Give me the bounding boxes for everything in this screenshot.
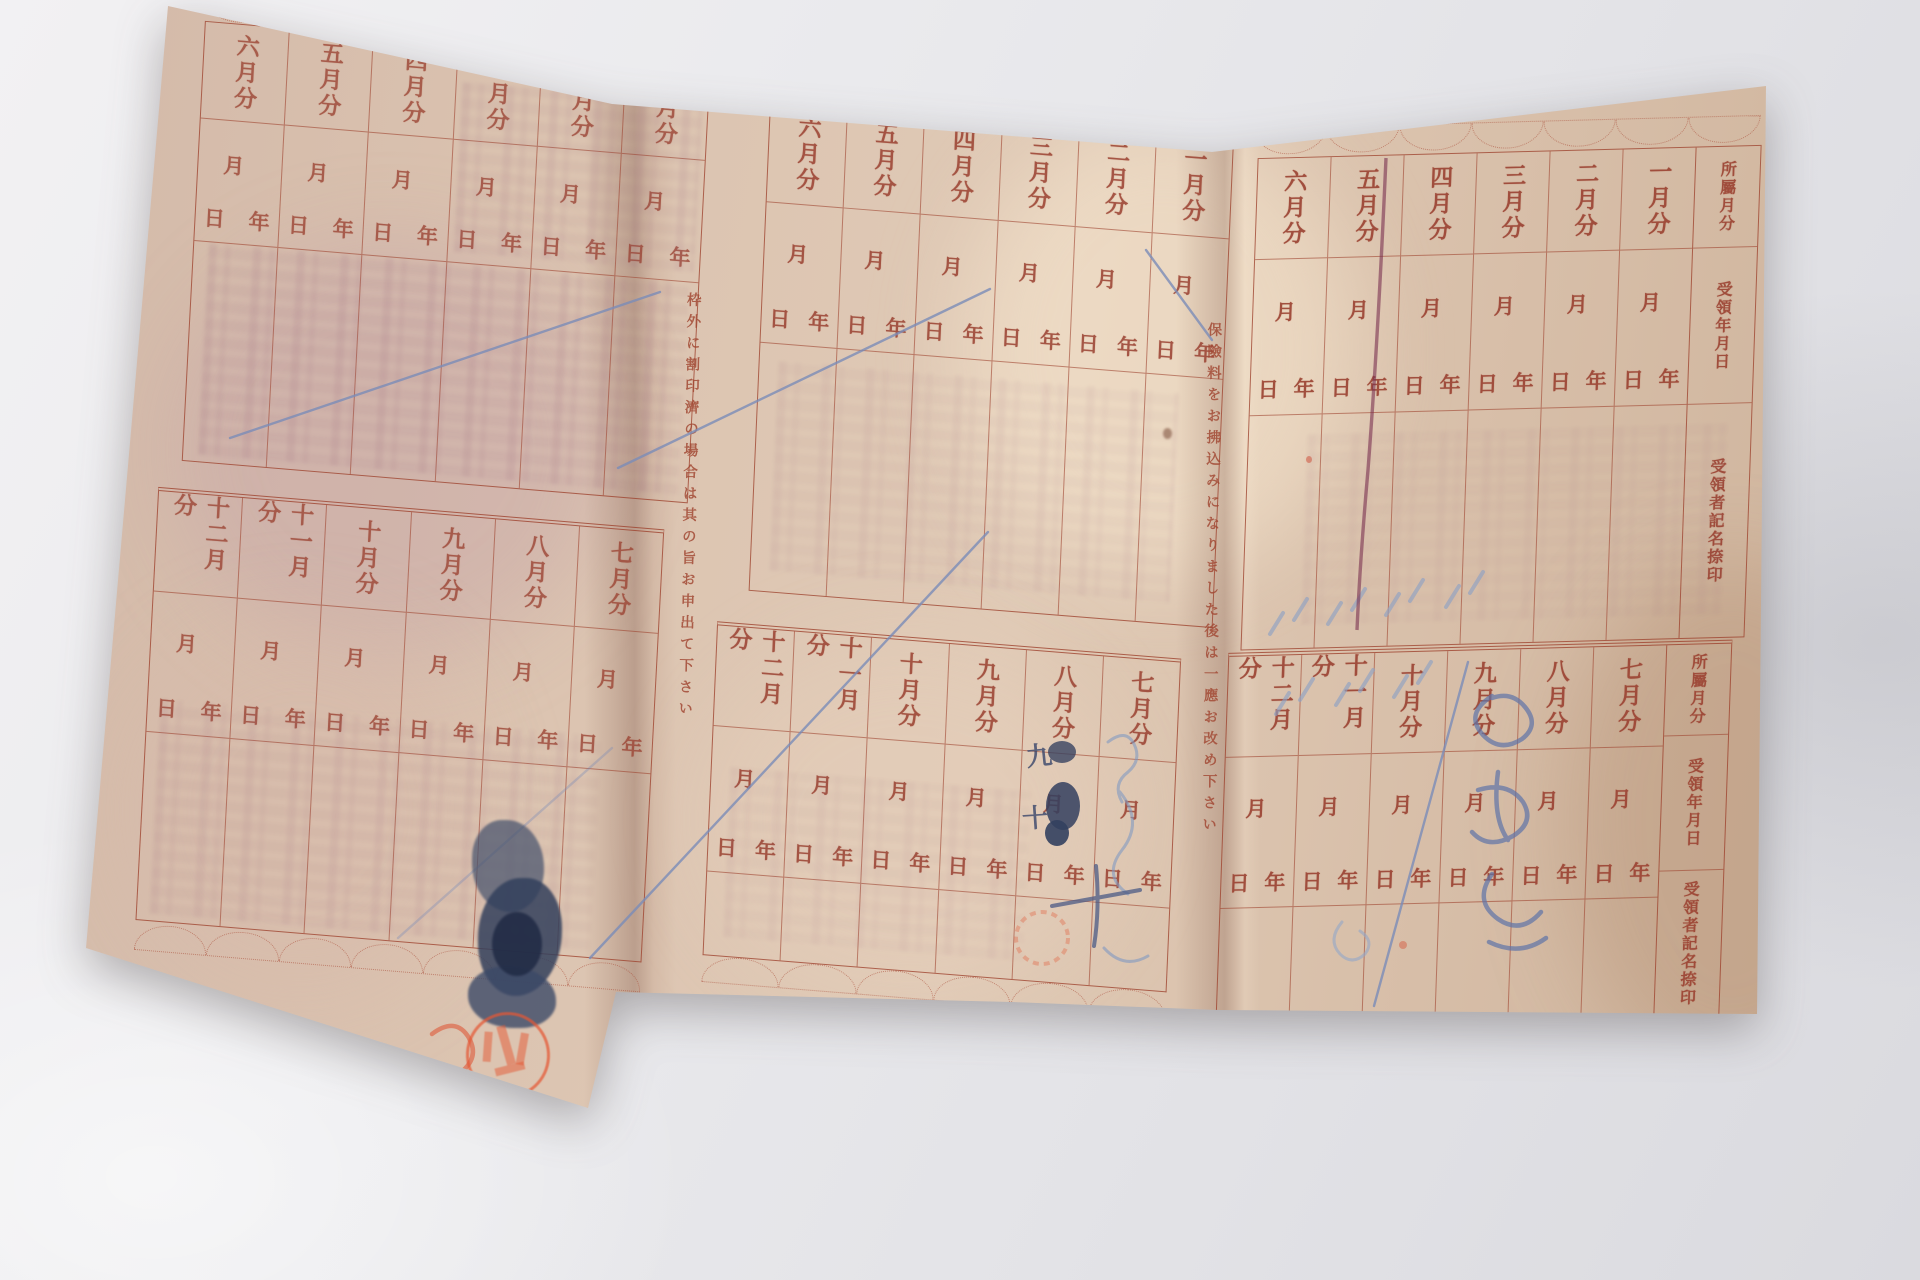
signature-cell (1508, 900, 1584, 1022)
year-glyph: 年 (1116, 331, 1138, 363)
month-label: 十一月分 (796, 632, 866, 737)
day-glyph: 日 (1622, 364, 1644, 395)
day-glyph: 日 (371, 216, 394, 248)
panel-middle: 六月分月日年 五月分月日年 四月分月日年 三月分月日年 二月分月日年 一月分月日… (669, 76, 1256, 1076)
year-glyph: 年 (332, 213, 355, 245)
label-recipient: 受領者記名捺印 (1675, 880, 1702, 1007)
print-through-ghost (1301, 424, 1728, 625)
label-month-col: 所屬月分 (1685, 653, 1711, 726)
year-glyph: 年 (1483, 860, 1505, 891)
scallop-border-top (768, 66, 1237, 131)
date-cell: 月日年 (992, 221, 1074, 368)
day-glyph: 日 (1520, 859, 1542, 890)
date-cell: 月日年 (1366, 752, 1443, 905)
year-glyph: 年 (1556, 858, 1578, 889)
day-glyph: 日 (203, 202, 226, 234)
month-label: 六月分 (226, 33, 263, 113)
print-through-ghost (770, 361, 1179, 602)
day-glyph: 日 (287, 209, 310, 241)
day-glyph: 日 (1154, 334, 1176, 366)
month-glyph: 月 (1318, 791, 1340, 822)
year-glyph: 年 (1585, 365, 1607, 396)
day-glyph: 日 (846, 309, 868, 341)
day-glyph: 日 (1476, 368, 1498, 399)
date-cell: 月日年 (1220, 756, 1297, 909)
month-label: 十一月分 (247, 499, 318, 604)
day-glyph: 日 (1228, 867, 1250, 898)
header-label-column: 所屬月分 受領年月日 受領者記名捺印 (1653, 644, 1731, 1018)
month-glyph: 月 (175, 627, 198, 659)
print-through-ghost (454, 83, 703, 272)
date-cell: 月日年 (838, 208, 920, 355)
year-glyph: 年 (1439, 369, 1461, 400)
day-glyph: 日 (1447, 861, 1469, 892)
date-cell: 月日年 (915, 215, 997, 362)
panel-right: 六月分月日年 五月分月日年 四月分月日年 三月分月日年 二月分月日年 一月分月日… (1196, 122, 1785, 1077)
year-glyph: 年 (1366, 371, 1388, 402)
month-label: 五月分 (1348, 167, 1384, 246)
month-label: 四月分 (395, 47, 432, 127)
day-glyph: 日 (1301, 865, 1323, 896)
year-glyph: 年 (1063, 859, 1085, 891)
navy-ink-blot (466, 820, 570, 1030)
date-cell: 月日年 (1396, 254, 1473, 412)
date-cell: 月日年 (1615, 249, 1692, 407)
month-label: 八月分 (1044, 663, 1080, 743)
day-glyph: 日 (769, 303, 791, 335)
month-glyph: 月 (941, 250, 963, 282)
months-table-jul-dec: 十二月分月日年 十一月分月日年 十月分月日年 九月分月日年 八月分月日年 七月分… (1215, 640, 1732, 1031)
month-label: 四月分 (943, 127, 979, 207)
month-column: 七月分月日年 (1088, 656, 1180, 991)
month-glyph: 月 (1566, 289, 1588, 320)
month-glyph: 月 (1274, 296, 1296, 327)
day-glyph: 日 (1330, 372, 1352, 403)
date-cell: 月日年 (760, 202, 842, 349)
month-glyph: 月 (1119, 794, 1141, 826)
month-column: 九月分月日年 (1434, 649, 1520, 1023)
month-column: 十月分月日年 (1361, 651, 1447, 1025)
month-label: 三月分 (1494, 163, 1530, 242)
date-cell: 月日年 (278, 126, 368, 255)
month-column: 七月分月日年 (1580, 645, 1666, 1019)
month-label: 九月分 (432, 525, 469, 605)
year-glyph: 年 (416, 220, 439, 252)
month-glyph: 月 (391, 164, 414, 196)
month-label: 十一月分 (1302, 653, 1371, 755)
month-glyph: 月 (787, 238, 809, 270)
month-label: 二月分 (1567, 161, 1603, 240)
receipt-card-paper: 六月分月日年 五月分月日年 四月分月日年 三月分月日年 二月分月日年 一月分月日… (0, 0, 1920, 1280)
year-glyph: 年 (1629, 856, 1651, 887)
month-label: 十二月分 (162, 492, 233, 597)
year-glyph: 年 (1293, 373, 1315, 404)
month-column: 八月分月日年 (1507, 647, 1593, 1021)
year-glyph: 年 (1410, 862, 1432, 893)
day-glyph: 日 (1549, 366, 1571, 397)
date-cell: 月日年 (1469, 253, 1546, 411)
signature-cell (1435, 901, 1511, 1023)
year-glyph: 年 (1512, 367, 1534, 398)
year-glyph: 年 (1140, 865, 1162, 897)
date-cell: 月日年 (1512, 748, 1589, 901)
date-cell: 月日年 (1293, 754, 1370, 907)
year-glyph: 年 (1264, 866, 1286, 897)
month-glyph: 月 (344, 641, 367, 673)
label-month-col: 所屬月分 (1714, 160, 1740, 233)
month-label: 十月分 (890, 650, 926, 730)
scallop-border-bottom (1214, 1020, 1719, 1060)
month-glyph: 月 (1095, 262, 1117, 294)
year-glyph: 年 (885, 312, 907, 344)
signature-cell (1089, 903, 1169, 992)
paper-shadow-wrap: 六月分月日年 五月分月日年 四月分月日年 三月分月日年 二月分月日年 一月分月日… (0, 0, 1920, 1280)
date-cell: 月日年 (1069, 227, 1151, 374)
month-column: 十一月分月日年 (1288, 653, 1374, 1027)
month-glyph: 月 (1420, 292, 1442, 323)
month-label: 十二月分 (719, 626, 789, 731)
date-cell: 月日年 (1250, 258, 1327, 416)
month-label: 五月分 (866, 121, 902, 201)
print-through-ghost (723, 767, 1030, 961)
year-glyph: 年 (1039, 324, 1061, 356)
month-glyph: 月 (1639, 287, 1661, 318)
date-cell: 月日年 (1093, 757, 1176, 909)
month-glyph: 月 (1347, 294, 1369, 325)
month-glyph: 月 (1464, 787, 1486, 818)
month-label: 十二月分 (1229, 655, 1298, 757)
year-glyph: 年 (1658, 363, 1680, 394)
date-cell: 月日年 (1439, 750, 1516, 903)
month-glyph: 月 (1610, 783, 1632, 814)
signature-cell (1216, 907, 1292, 1029)
month-label: 六月分 (789, 114, 825, 194)
date-cell: 月日年 (363, 133, 453, 262)
month-glyph: 月 (1537, 785, 1559, 816)
signature-cell (1581, 898, 1657, 1020)
signature-cell (1362, 903, 1438, 1025)
month-label: 二月分 (1097, 139, 1133, 219)
year-glyph: 年 (1337, 864, 1359, 895)
year-glyph: 年 (962, 318, 984, 350)
day-glyph: 日 (1374, 863, 1396, 894)
label-receipt-date: 受領年月日 (1681, 757, 1707, 848)
date-cell: 月日年 (1585, 746, 1662, 899)
month-label: 八月分 (1538, 659, 1574, 738)
label-receipt-date: 受領年月日 (1709, 280, 1735, 371)
month-label: 一月分 (1640, 159, 1676, 238)
month-label: 三月分 (1020, 133, 1056, 213)
day-glyph: 日 (923, 315, 945, 347)
month-glyph: 月 (1245, 793, 1267, 824)
month-label: 九月分 (967, 657, 1003, 737)
month-label: 十月分 (1392, 663, 1428, 742)
month-column: 十二月分月日年 (1216, 655, 1301, 1029)
date-cell: 月日年 (1542, 251, 1619, 409)
month-glyph: 月 (512, 655, 535, 687)
month-glyph: 月 (864, 244, 886, 276)
date-cell: 月日年 (1323, 256, 1400, 414)
year-glyph: 年 (808, 306, 830, 338)
month-label: 七月分 (1611, 657, 1647, 736)
month-glyph: 月 (223, 150, 246, 182)
print-through-ghost (198, 243, 689, 494)
photo-background: 六月分月日年 五月分月日年 四月分月日年 三月分月日年 二月分月日年 一月分月日… (0, 0, 1920, 1280)
handwritten-month: 九 (1024, 735, 1054, 775)
day-glyph: 日 (1000, 321, 1022, 353)
panel-left: 六月分月日年 五月分月日年 四月分月日年 三月分月日年 二月分月日年 一月分月日… (124, 0, 743, 1042)
day-glyph: 日 (1257, 374, 1279, 405)
month-glyph: 月 (596, 662, 619, 694)
month-glyph: 月 (1173, 269, 1195, 301)
month-glyph: 月 (1018, 256, 1040, 288)
day-glyph: 日 (1403, 370, 1425, 401)
day-glyph: 日 (1593, 857, 1615, 888)
day-glyph: 日 (1101, 862, 1123, 894)
month-glyph: 月 (428, 648, 451, 680)
year-glyph: 年 (621, 731, 644, 763)
month-glyph: 月 (307, 157, 330, 189)
month-glyph: 月 (1493, 291, 1515, 322)
month-glyph: 月 (260, 634, 283, 666)
signature-cell (1289, 905, 1365, 1027)
day-glyph: 日 (1077, 328, 1099, 360)
month-label: 一月分 (1175, 145, 1211, 225)
month-label: 十月分 (348, 518, 385, 598)
handwritten-day: 十 (1021, 797, 1050, 836)
month-label: 八月分 (516, 532, 553, 612)
month-label: 七月分 (1122, 669, 1158, 749)
month-label: 六月分 (1275, 169, 1311, 248)
date-cell: 月日年 (194, 118, 284, 247)
month-glyph: 月 (1391, 789, 1413, 820)
month-label: 七月分 (600, 539, 637, 619)
month-label: 四月分 (1421, 165, 1457, 244)
month-label: 五月分 (311, 40, 348, 120)
month-label: 九月分 (1465, 661, 1501, 740)
year-glyph: 年 (248, 206, 271, 238)
